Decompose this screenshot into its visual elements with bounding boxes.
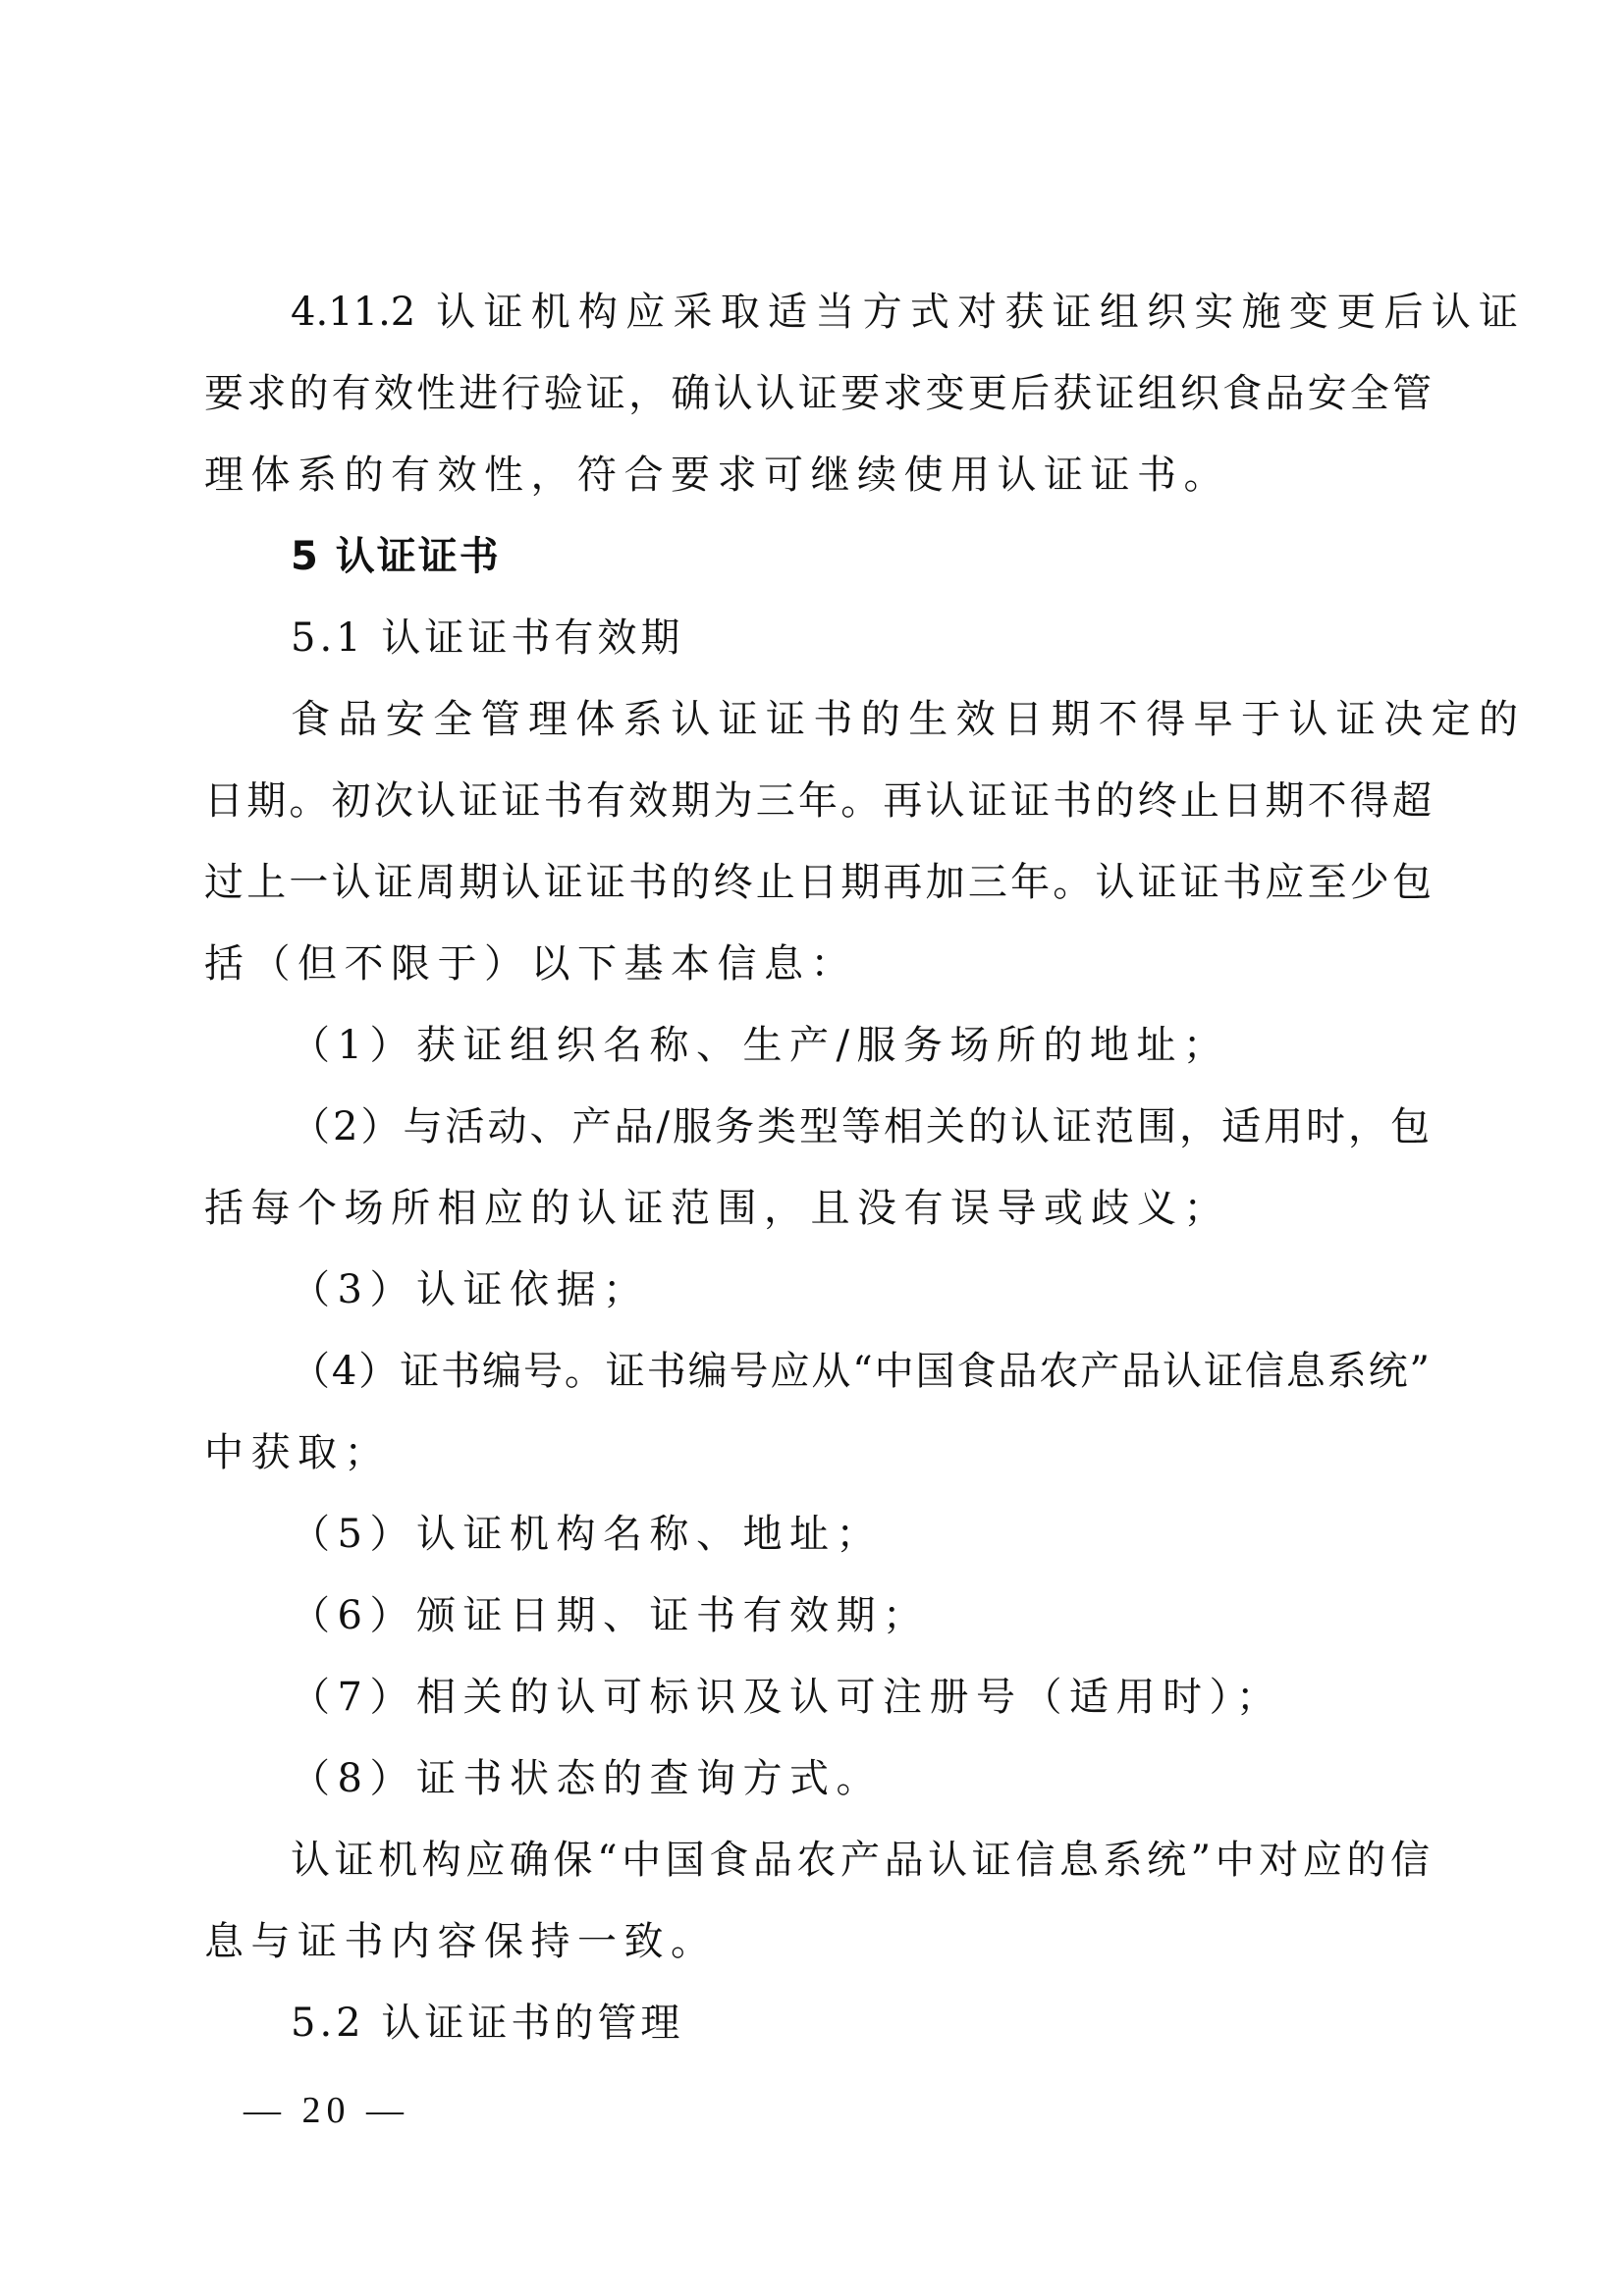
section-5-heading: 5 认证证书 (291, 532, 1518, 581)
section-5-1-closing-line-1: 认证机构应确保“中国食品农产品认证信息系统”中对应的信 (291, 1836, 1430, 1885)
list-item-5: （5）认证机构名称、地址； (291, 1510, 1518, 1559)
list-item-6: （6）颁证日期、证书有效期； (291, 1591, 1518, 1640)
section-5-1-intro-line-2: 日期。初次认证证书有效期为三年。再认证证书的终止日期不得超 (204, 776, 1432, 826)
clause-4-11-2-line-2: 要求的有效性进行验证，确认认证要求变更后获证组织食品安全管 (204, 369, 1432, 418)
section-5-1-intro-line-3: 过上一认证周期认证证书的终止日期再加三年。认证证书应至少包 (204, 858, 1432, 907)
list-item-7: （7）相关的认可标识及认可注册号（适用时）； (291, 1673, 1518, 1722)
list-item-1: （1）获证组织名称、生产/服务场所的地址； (291, 1021, 1518, 1070)
section-5-1-heading: 5.1 认证证书有效期 (291, 614, 1518, 663)
document-page: 4.11.2 认证机构应采取适当方式对获证组织实施变更后认证 要求的有效性进行验… (0, 0, 1624, 2296)
list-item-2-line-2: 括每个场所相应的认证范围，且没有误导或歧义； (204, 1184, 1432, 1233)
clause-4-11-2-line-1: 4.11.2 认证机构应采取适当方式对获证组织实施变更后认证 (291, 288, 1518, 337)
page-number: — 20 — (244, 2086, 409, 2135)
section-5-2-heading: 5.2 认证证书的管理 (291, 1999, 1518, 2048)
list-item-3: （3）认证依据； (291, 1265, 1518, 1314)
clause-4-11-2-line-3: 理体系的有效性，符合要求可继续使用认证证书。 (204, 451, 1432, 500)
list-item-2-line-1: （2）与活动、产品/服务类型等相关的认证范围，适用时，包 (291, 1102, 1430, 1151)
section-5-1-intro-line-4: 括（但不限于）以下基本信息： (204, 939, 1432, 988)
section-5-1-closing-line-2: 息与证书内容保持一致。 (204, 1917, 1432, 1966)
list-item-4-line-2: 中获取； (204, 1428, 1432, 1477)
section-5-1-intro-line-1: 食品安全管理体系认证证书的生效日期不得早于认证决定的 (291, 695, 1518, 744)
list-item-8: （8）证书状态的查询方式。 (291, 1754, 1518, 1803)
list-item-4-line-1: （4）证书编号。证书编号应从“中国食品农产品认证信息系统” (291, 1347, 1430, 1396)
